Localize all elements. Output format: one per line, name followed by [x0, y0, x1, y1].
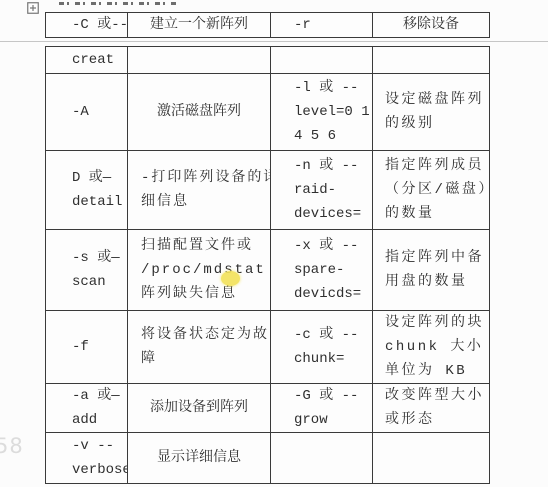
cell-text: 设定磁盘阵列: [385, 88, 489, 112]
cell-text: devicds=: [294, 282, 372, 306]
table-row: -a 或—add添加设备到阵列-G 或 --grow改变阵型大小或形态: [46, 384, 489, 433]
clipped-text-fragment: [59, 2, 177, 5]
cell-text: creat: [72, 48, 127, 72]
table-cell[interactable]: -x 或 --spare-devicds=: [271, 230, 373, 311]
cell-text: devices=: [294, 202, 372, 226]
table-cell[interactable]: 扫描配置文件或/proc/mdstat 得到阵列缺失信息: [128, 230, 271, 311]
table-row: D 或—detail-打印阵列设备的详细信息-n 或 --raid-device…: [46, 151, 489, 230]
table-row: -C 或--建立一个新阵列-r移除设备: [46, 13, 489, 37]
table-cell[interactable]: 改变阵型大小或形态: [373, 384, 489, 433]
cell-text: -A: [72, 100, 127, 124]
table-row: -f将设备状态定为故障-c 或 --chunk=设定阵列的块chunk 大小 ，…: [46, 311, 489, 384]
cell-text: -f: [72, 335, 127, 359]
table-cell[interactable]: [271, 47, 373, 74]
table-cell[interactable]: 设定磁盘阵列的级别: [373, 74, 489, 151]
cell-text: raid-: [294, 178, 372, 202]
cell-text: 显示详细信息: [157, 446, 241, 470]
table-cell[interactable]: -A: [46, 74, 128, 151]
cell-text: detail: [72, 190, 127, 214]
table-row: -s 或—scan扫描配置文件或/proc/mdstat 得到阵列缺失信息-x …: [46, 230, 489, 311]
table-cell[interactable]: 指定阵列中备用盘的数量: [373, 230, 489, 311]
table-row: -v --verbose显示详细信息: [46, 433, 489, 483]
cell-text: verbose: [72, 458, 127, 482]
cell-text: -G 或 --: [294, 384, 372, 408]
table-cell[interactable]: 激活磁盘阵列: [128, 74, 271, 151]
table-cell[interactable]: D 或—detail: [46, 151, 128, 230]
page-number-fragment: 58: [0, 434, 24, 458]
table-cell[interactable]: creat: [46, 47, 128, 74]
cell-text: -c 或 --: [294, 323, 372, 347]
cell-text: scan: [72, 270, 127, 294]
table-cell[interactable]: -c 或 --chunk=: [271, 311, 373, 384]
cell-text: -n 或 --: [294, 154, 372, 178]
table-cell[interactable]: 将设备状态定为故障: [128, 311, 271, 384]
table-cell[interactable]: -v --verbose: [46, 433, 128, 483]
table-cell[interactable]: -l 或 --level=0 14 5 6: [271, 74, 373, 151]
cell-text: 细信息: [141, 190, 270, 214]
table-cell[interactable]: 指定阵列成员（分区/磁盘）的数量: [373, 151, 489, 230]
table-cell[interactable]: 设定阵列的块chunk 大小 ，单位为 KB: [373, 311, 489, 384]
cell-text: 建立一个新阵列: [150, 13, 248, 37]
table-cell[interactable]: [271, 433, 373, 483]
table-cell[interactable]: [128, 47, 271, 74]
table-move-handle-icon[interactable]: [27, 1, 39, 13]
table-cell[interactable]: -f: [46, 311, 128, 384]
table-cell[interactable]: -G 或 --grow: [271, 384, 373, 433]
cell-text: -打印阵列设备的详: [141, 166, 270, 190]
cell-text: grow: [294, 408, 372, 432]
cell-text: chunk=: [294, 347, 372, 371]
table-cell[interactable]: 建立一个新阵列: [128, 13, 271, 37]
highlight-mark: [221, 271, 240, 286]
cell-text: add: [72, 408, 127, 432]
cell-text: level=0 1: [294, 100, 372, 124]
cell-text: 将设备状态定为故: [141, 323, 270, 347]
cell-text: 添加设备到阵列: [150, 396, 248, 420]
page-split-line: [0, 41, 548, 42]
cell-text: 扫描配置文件或: [141, 234, 270, 258]
table-cell[interactable]: -s 或—scan: [46, 230, 128, 311]
cell-text: -x 或 --: [294, 234, 372, 258]
table-cell[interactable]: 添加设备到阵列: [128, 384, 271, 433]
cell-text: /proc/mdstat 得到: [141, 258, 270, 282]
cell-text: 或形态: [385, 408, 489, 432]
options-table-header: -C 或--建立一个新阵列-r移除设备: [45, 12, 490, 38]
cell-text: -C 或--: [72, 13, 127, 37]
cell-text: 移除设备: [403, 13, 459, 37]
cell-text: 障: [141, 347, 270, 371]
cell-text: -a 或—: [72, 384, 127, 408]
cell-text: 设定阵列的块: [385, 311, 489, 335]
table-cell[interactable]: -n 或 --raid-devices=: [271, 151, 373, 230]
cell-text: 激活磁盘阵列: [157, 100, 241, 124]
cell-text: -l 或 --: [294, 76, 372, 100]
cell-text: 阵列缺失信息: [141, 282, 270, 306]
cell-text: 指定阵列中备: [385, 246, 489, 270]
cell-text: spare-: [294, 258, 372, 282]
table-cell[interactable]: [373, 433, 489, 483]
cell-text: D 或—: [72, 166, 127, 190]
table-cell[interactable]: 移除设备: [373, 13, 489, 37]
options-table-body: creat-A激活磁盘阵列-l 或 --level=0 14 5 6设定磁盘阵列…: [45, 46, 490, 484]
table-cell[interactable]: [373, 47, 489, 74]
cell-text: 4 5 6: [294, 124, 372, 148]
table-cell[interactable]: -a 或—add: [46, 384, 128, 433]
cell-text: -s 或—: [72, 246, 127, 270]
cell-text: 改变阵型大小: [385, 384, 489, 408]
cell-text: -v --: [72, 434, 127, 458]
cell-text: 的数量: [385, 202, 489, 226]
cell-text: 单位为 KB: [385, 359, 489, 383]
cell-text: 指定阵列成员: [385, 154, 489, 178]
table-cell[interactable]: 显示详细信息: [128, 433, 271, 483]
cell-text: 用盘的数量: [385, 270, 489, 294]
cell-text: -r: [294, 13, 372, 37]
cell-text: （分区/磁盘）: [385, 178, 489, 202]
table-row: -A激活磁盘阵列-l 或 --level=0 14 5 6设定磁盘阵列的级别: [46, 74, 489, 151]
cell-text: chunk 大小 ，: [385, 335, 489, 359]
table-cell[interactable]: -r: [271, 13, 373, 37]
cell-text: 的级别: [385, 112, 489, 136]
table-cell[interactable]: -C 或--: [46, 13, 128, 37]
table-cell[interactable]: -打印阵列设备的详细信息: [128, 151, 271, 230]
table-row: creat: [46, 47, 489, 74]
